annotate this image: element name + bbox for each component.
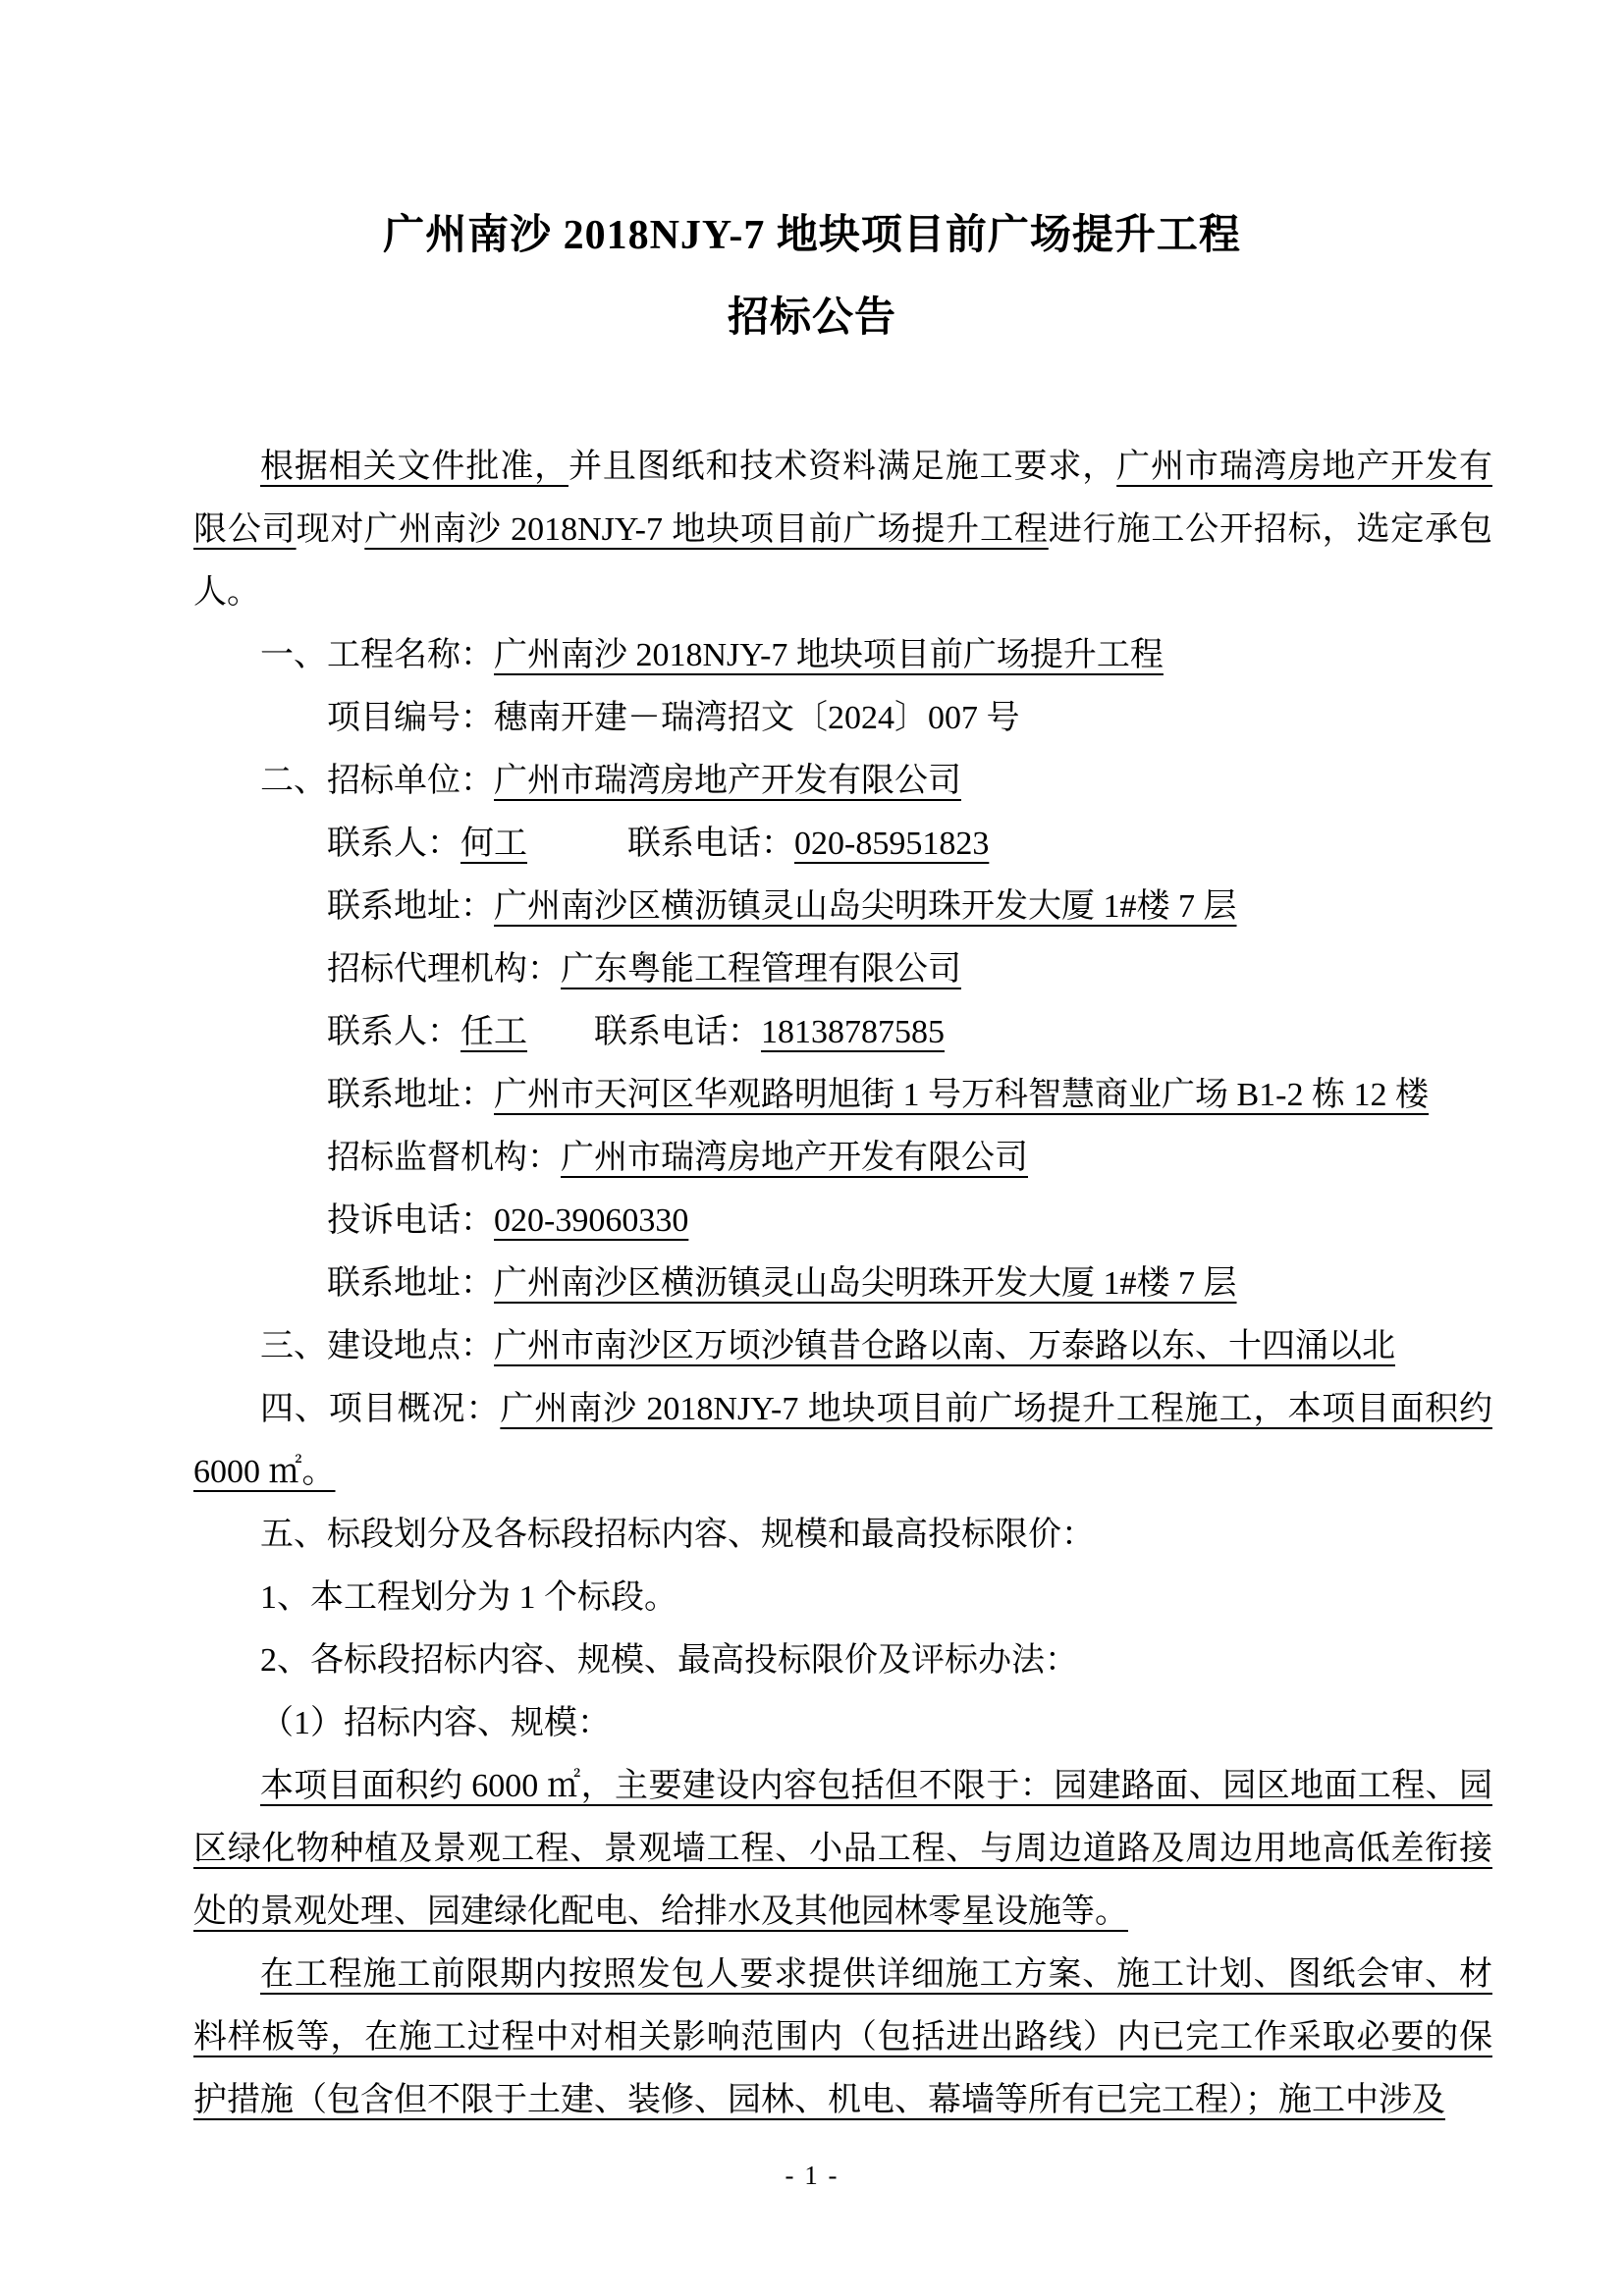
contact-address-3: 联系地址：广州南沙区横沥镇灵山岛尖明珠开发大厦 1#楼 7 层 (193, 1253, 1492, 1315)
text-segment: 联系地址： (327, 1077, 494, 1113)
item-5-sections: 五、标段划分及各标段招标内容、规模和最高投标限价： (193, 1504, 1492, 1567)
text-segment: 联系电话： (594, 1014, 761, 1050)
contact-person-2: 联系人：任工 联系电话：18138787585 (193, 1001, 1492, 1064)
text-segment: 一、工程名称： (260, 637, 494, 673)
text-segment: 项目编号：穗南开建－瑞湾招文〔2024〕007 号 (327, 700, 1020, 736)
text-segment: 联系人： (327, 826, 460, 862)
item-3-location: 三、建设地点：广州市南沙区万顷沙镇昔仓路以南、万泰路以东、十四涌以北 (193, 1315, 1492, 1378)
document-body: 根据相关文件批准，并且图纸和技术资料满足施工要求，广州市瑞湾房地产开发有限公司现… (193, 436, 1492, 2132)
text-segment: 联系人： (327, 1014, 460, 1050)
contact-address-1: 联系地址：广州南沙区横沥镇灵山岛尖明珠开发大厦 1#楼 7 层 (193, 876, 1492, 938)
underlined-text: 广州南沙区横沥镇灵山岛尖明珠开发大厦 1#楼 7 层 (494, 888, 1237, 925)
underlined-text: 广州南沙 2018NJY-7 地块项目前广场提升工程 (494, 637, 1164, 673)
item-4-overview: 四、项目概况：广州南沙 2018NJY-7 地块项目前广场提升工程施工，本项目面… (193, 1378, 1492, 1504)
text-segment: 联系地址： (327, 1265, 494, 1302)
underlined-text: 广州市瑞湾房地产开发有限公司 (561, 1140, 1028, 1176)
text-segment: （1）招标内容、规模： (260, 1705, 611, 1741)
underlined-text: 广州市天河区华观路明旭街 1 号万科智慧商业广场 B1-2 栋 12 楼 (494, 1077, 1429, 1113)
underlined-text: 在工程施工前限期内按照发包人要求提供详细施工方案、施工计划、图纸会审、材料样板等… (193, 1956, 1492, 2118)
text-segment (527, 1014, 594, 1050)
underlined-text: 广州市瑞湾房地产开发有限公司 (494, 763, 961, 799)
supervision-agency: 招标监督机构：广州市瑞湾房地产开发有限公司 (193, 1127, 1492, 1190)
text-segment: 二、招标单位： (260, 763, 494, 799)
contact-person-1: 联系人：何工 联系电话：020-85951823 (193, 813, 1492, 876)
underlined-text: 广州南沙 2018NJY-7 地块项目前广场提升工程 (364, 511, 1048, 548)
underlined-text: 广州市南沙区万顷沙镇昔仓路以南、万泰路以东、十四涌以北 (494, 1328, 1395, 1364)
tender-agency: 招标代理机构：广东粤能工程管理有限公司 (193, 938, 1492, 1001)
construction-requirements-paragraph: 在工程施工前限期内按照发包人要求提供详细施工方案、施工计划、图纸会审、材料样板等… (193, 1944, 1492, 2132)
sub-item-1: 1、本工程划分为 1 个标段。 (193, 1567, 1492, 1629)
title-line-2: 招标公告 (0, 277, 1624, 359)
text-segment (527, 826, 627, 862)
complaint-phone: 投诉电话：020-39060330 (193, 1190, 1492, 1253)
title-line-1: 广州南沙 2018NJY-7 地块项目前广场提升工程 (0, 194, 1624, 277)
underlined-text: 广州南沙区横沥镇灵山岛尖明珠开发大厦 1#楼 7 层 (494, 1265, 1237, 1302)
text-segment: 联系地址： (327, 888, 494, 925)
text-segment: 1、本工程划分为 1 个标段。 (260, 1579, 677, 1616)
item-1-project-name: 一、工程名称：广州南沙 2018NJY-7 地块项目前广场提升工程 (193, 624, 1492, 687)
underlined-text: 020-39060330 (494, 1202, 688, 1239)
text-segment: 四、项目概况： (260, 1391, 500, 1427)
underlined-text: 广东粤能工程管理有限公司 (561, 951, 961, 988)
text-segment: 三、建设地点： (260, 1328, 494, 1364)
project-number: 项目编号：穗南开建－瑞湾招文〔2024〕007 号 (193, 687, 1492, 750)
underlined-text: 何工 (460, 826, 527, 862)
page-number: - 1 - (0, 2156, 1624, 2195)
text-segment: 联系电话： (627, 826, 794, 862)
text-segment: 现对 (297, 511, 365, 548)
underlined-text: 根据相关文件批准， (260, 449, 568, 485)
scope-paragraph: 本项目面积约 6000 ㎡，主要建设内容包括但不限于：园建路面、园区地面工程、园… (193, 1755, 1492, 1944)
text-segment: 投诉电话： (327, 1202, 494, 1239)
text-segment: 并且图纸和技术资料满足施工要求， (568, 449, 1116, 485)
sub-item-2-1: （1）招标内容、规模： (193, 1692, 1492, 1755)
underlined-text: 020-85951823 (794, 826, 989, 862)
intro-paragraph: 根据相关文件批准，并且图纸和技术资料满足施工要求，广州市瑞湾房地产开发有限公司现… (193, 436, 1492, 624)
item-2-tender-unit: 二、招标单位：广州市瑞湾房地产开发有限公司 (193, 750, 1492, 813)
document-title: 广州南沙 2018NJY-7 地块项目前广场提升工程 招标公告 (0, 194, 1624, 359)
document-page: 广州南沙 2018NJY-7 地块项目前广场提升工程 招标公告 根据相关文件批准… (0, 0, 1624, 2296)
text-segment: 2、各标段招标内容、规模、最高投标限价及评标办法： (260, 1642, 1078, 1679)
text-segment: 招标代理机构： (327, 951, 561, 988)
text-segment: 招标监督机构： (327, 1140, 561, 1176)
sub-item-2: 2、各标段招标内容、规模、最高投标限价及评标办法： (193, 1629, 1492, 1692)
underlined-text: 本项目面积约 6000 ㎡，主要建设内容包括但不限于：园建路面、园区地面工程、园… (193, 1768, 1492, 1930)
text-segment: 五、标段划分及各标段招标内容、规模和最高投标限价： (260, 1517, 1095, 1553)
underlined-text: 任工 (460, 1014, 527, 1050)
underlined-text: 18138787585 (761, 1014, 945, 1050)
contact-address-2: 联系地址：广州市天河区华观路明旭街 1 号万科智慧商业广场 B1-2 栋 12 … (193, 1064, 1492, 1127)
